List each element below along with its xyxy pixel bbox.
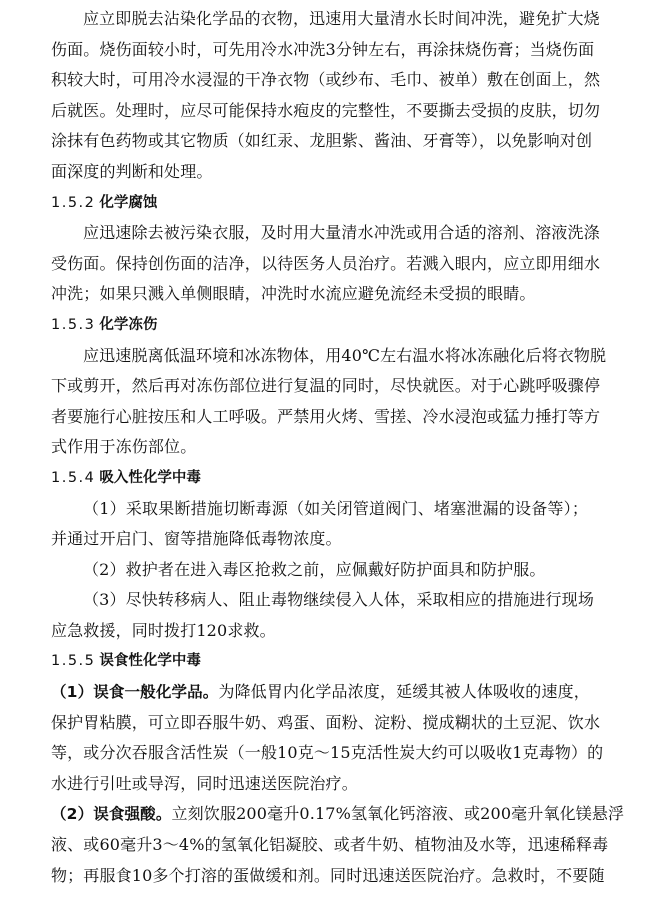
list-item-inhalation-2: （2）救护者在进入毒区抢救之前，应佩戴好防护面具和防护服。 [51,555,588,586]
text-line-rest: 立刻饮服200毫升0.17%氢氧化钙溶液、或200毫升氧化镁悬浮 [172,804,625,823]
text-line: 面深度的判断和处理。 [51,157,588,188]
section-heading-1-5-2: 1.5.2化学腐蚀 [51,188,588,219]
section-title: 化学冻伤 [99,317,157,333]
section-number: 1.5.3 [51,317,95,333]
text-line: 者要施行心脏按压和人工呼吸。严禁用火烤、雪搓、冷水浸泡或猛力捶打等方 [51,402,588,433]
text-line: （2）救护者在进入毒区抢救之前，应佩戴好防护面具和防护服。 [51,555,588,586]
text-line: 下或剪开，然后再对冻伤部位进行复温的同时，尽快就医。对于心跳呼吸骤停 [51,371,588,402]
text-line: 积较大时，可用冷水浸湿的干净衣物（或纱布、毛巾、被单）敷在创面上，然 [51,65,588,96]
paragraph-burn-treatment: 应立即脱去沾染化学品的衣物，迅速用大量清水长时间冲洗，避免扩大烧 伤面。烧伤面较… [51,4,588,188]
list-item-inhalation-3: （3）尽快转移病人、阻止毒物继续侵入人体，采取相应的措施进行现场 应急救援，同时… [51,585,588,646]
text-line: 涂抹有色药物或其它物质（如红汞、龙胆紫、酱油、牙膏等），以免影响对创 [51,126,588,157]
section-number: 1.5.5 [51,653,95,669]
text-line: 应迅速脱离低温环境和冰冻物体，用40℃左右温水将冰冻融化后将衣物脱 [51,341,588,372]
text-line: 并通过开启门、窗等措施降低毒物浓度。 [51,524,588,555]
list-item-ingestion-strong-acid: （2）误食强酸。立刻饮服200毫升0.17%氢氧化钙溶液、或200毫升氧化镁悬浮… [51,799,588,891]
text-line: 伤面。烧伤面较小时，可先用冷水冲洗3分钟左右，再涂抹烧伤膏；当烧伤面 [51,35,588,66]
list-item-inhalation-1: （1）采取果断措施切断毒源（如关闭管道阀门、堵塞泄漏的设备等）； 并通过开启门、… [51,494,588,555]
text-line: （1）采取果断措施切断毒源（如关闭管道阀门、堵塞泄漏的设备等）； [51,494,588,525]
section-title: 误食性化学中毒 [99,653,201,669]
text-line: 应立即脱去沾染化学品的衣物，迅速用大量清水长时间冲洗，避免扩大烧 [51,4,588,35]
text-line: 受伤面。保持创伤面的洁净，以待医务人员治疗。若溅入眼内，应立即用细水 [51,249,588,280]
section-title: 化学腐蚀 [99,195,157,211]
paragraph-chemical-corrosion: 应迅速除去被污染衣服，及时用大量清水冲洗或用合适的溶剂、溶液洗涤 受伤面。保持创… [51,218,588,310]
text-line: 物；再服食10多个打溶的蛋做缓和剂。同时迅速送医院治疗。急救时，不要随 [51,861,588,892]
paragraph-chemical-frostbite: 应迅速脱离低温环境和冰冻物体，用40℃左右温水将冰冻融化后将衣物脱 下或剪开，然… [51,341,588,463]
text-line: 等，或分次吞服含活性炭（一般10克～15克活性炭大约可以吸收1克毒物）的 [51,738,588,769]
text-line: 式作用于冻伤部位。 [51,432,588,463]
text-line: 应急救援，同时拨打120求救。 [51,616,588,647]
section-number: 1.5.2 [51,195,95,211]
text-line: （1）误食一般化学品。为降低胃内化学品浓度，延缓其被人体吸收的速度， [51,677,588,708]
section-heading-1-5-4: 1.5.4吸入性化学中毒 [51,463,588,494]
text-line-rest: 为降低胃内化学品浓度，延缓其被人体吸收的速度， [218,682,589,701]
list-item-ingestion-general: （1）误食一般化学品。为降低胃内化学品浓度，延缓其被人体吸收的速度， 保护胃粘膜… [51,677,588,799]
bold-lead-text: （2）误食强酸。 [51,805,172,823]
document-page: 应立即脱去沾染化学品的衣物，迅速用大量清水长时间冲洗，避免扩大烧 伤面。烧伤面较… [51,4,588,891]
text-line: 冲洗；如果只溅入单侧眼睛，冲洗时水流应避免流经未受损的眼睛。 [51,279,588,310]
text-line: 保护胃粘膜，可立即吞服牛奶、鸡蛋、面粉、淀粉、搅成糊状的土豆泥、饮水 [51,708,588,739]
section-heading-1-5-5: 1.5.5误食性化学中毒 [51,646,588,677]
bold-lead-text: （1）误食一般化学品。 [51,683,218,701]
text-line: （2）误食强酸。立刻饮服200毫升0.17%氢氧化钙溶液、或200毫升氧化镁悬浮 [51,799,588,830]
section-number: 1.5.4 [51,470,95,486]
text-line: 液、或60毫升3～4%的氢氧化铝凝胶、或者牛奶、植物油及水等，迅速稀释毒 [51,830,588,861]
section-heading-1-5-3: 1.5.3化学冻伤 [51,310,588,341]
text-line: （3）尽快转移病人、阻止毒物继续侵入人体，采取相应的措施进行现场 [51,585,588,616]
section-title: 吸入性化学中毒 [99,470,201,486]
text-line: 后就医。处理时，应尽可能保持水疱皮的完整性，不要撕去受损的皮肤，切勿 [51,96,588,127]
text-line: 应迅速除去被污染衣服，及时用大量清水冲洗或用合适的溶剂、溶液洗涤 [51,218,588,249]
text-line: 水进行引吐或导泻，同时迅速送医院治疗。 [51,769,588,800]
